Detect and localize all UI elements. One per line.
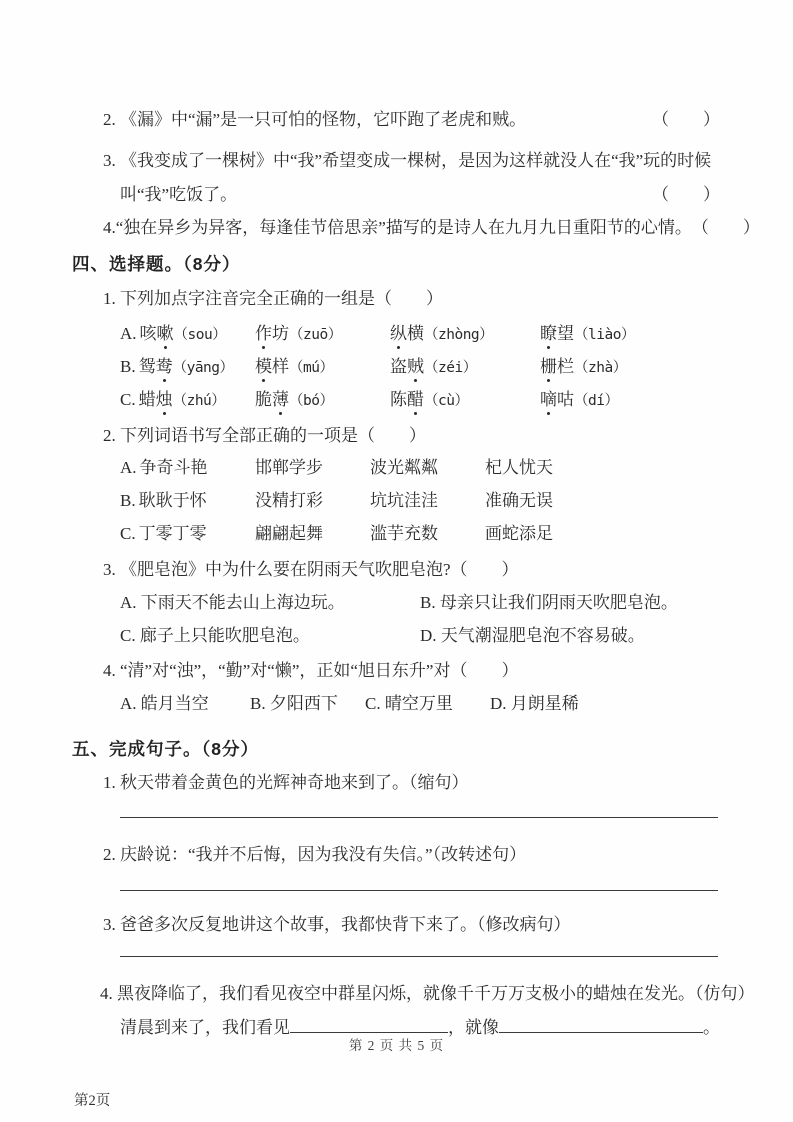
q3-options-row2: C. 廊子上只能吹肥皂泡。D. 天气潮湿肥皂泡不容易破。 [120, 624, 645, 647]
option-label: A. [120, 324, 137, 343]
item-text: 《我变成了一棵树》中“我”希望变成一棵树，是因为这样就没人在“我”玩的时候 [120, 151, 711, 170]
page-footer-corner: 第2页 [74, 1090, 110, 1113]
pinyin-item: 瞭望（liào） [540, 322, 635, 347]
word: 耿耿于怀 [139, 491, 207, 510]
pinyin-item: 嘀咕（dí） [540, 388, 618, 413]
word: 争奇斗艳 [140, 458, 208, 477]
item-text: 《漏》中“漏”是一只可怕的怪物，它吓跑了老虎和贼。 [120, 110, 526, 129]
section5-title: 五、完成句子。（8分） [72, 738, 259, 761]
pinyin: （zhòng） [424, 327, 493, 343]
pinyin: （zéi） [424, 360, 477, 376]
item-text: 叫“我”吃饭了。 [120, 183, 237, 206]
words-row-a: A.争奇斗艳邯郸学步波光粼粼杞人忧天 [120, 456, 553, 479]
s5-q3: 3. 爸爸多次反复地讲这个故事，我都快背下来了。（修改病句） [103, 913, 571, 936]
word-dotted: 嗽 [157, 322, 174, 345]
word-dotted: 纵 [390, 322, 407, 345]
pinyin-row-a: A.咳嗽（sou）作坊（zuō）纵横（zhòng）瞭望（liào） [120, 322, 635, 347]
q3-options-row1: A. 下雨天不能去山上海边玩。B. 母亲只让我们阴雨天吹肥皂泡。 [120, 591, 678, 614]
pinyin-item: 脆薄（bó） [255, 388, 390, 413]
pinyin: （cù） [424, 393, 468, 409]
q4-stem: 4. “清”对“浊”，“勤”对“懒”，正如“旭日东升”对（ ） [103, 659, 518, 682]
words-row-c: C.丁零丁零翩翩起舞滥芋充数画蛇添足 [120, 522, 553, 545]
pinyin-item: 作坊（zuō） [255, 322, 390, 347]
item-text: “独在异乡为异客，每逢佳节倍思亲”描写的是诗人在九月九日重阳节的心情。 [116, 218, 692, 237]
page-footer-center: 第 2 页 共 5 页 [0, 1034, 793, 1057]
word-dotted: 作 [255, 322, 272, 345]
option-d: D. 月朗星稀 [490, 692, 579, 715]
pinyin: （zuō） [289, 327, 342, 343]
word-item: 邯郸学步 [255, 456, 370, 479]
word-post: 栏 [557, 357, 574, 376]
word-pre: 脆 [255, 390, 272, 409]
q3-stem: 3. 《肥皂泡》中为什么要在阴雨天气吹肥皂泡?（ ） [103, 558, 519, 581]
option-label: B. [120, 357, 136, 376]
q1-stem: 1. 下列加点字注音完全正确的一组是（ ） [103, 287, 443, 310]
answer-paren: （ ） [652, 183, 720, 206]
item-number: 4. [103, 218, 116, 237]
word-post: 样 [272, 357, 289, 376]
pinyin: （liào） [574, 327, 635, 343]
word-item: 画蛇添足 [485, 522, 553, 545]
pinyin: （mú） [289, 360, 333, 376]
pinyin: （yāng） [173, 360, 234, 376]
answer-line [120, 956, 718, 957]
tf-item-4: 4.“独在异乡为异客，每逢佳节倍思亲”描写的是诗人在九月九日重阳节的心情。 （ … [103, 216, 721, 239]
word-post: 望 [557, 324, 574, 343]
item-number: 2. [103, 110, 116, 129]
word-dotted: 醋 [407, 388, 424, 411]
s5-q2: 2. 庆龄说：“我并不后悔，因为我没有失信。”（改转述句） [103, 843, 526, 866]
pinyin-row-b: B.鸳鸯（yāng）模样（mú）盗贼（zéi）栅栏（zhà） [120, 355, 627, 380]
pinyin-item: A.咳嗽（sou） [120, 322, 255, 347]
word-item: A.争奇斗艳 [120, 456, 255, 479]
word-post: 咕 [557, 390, 574, 409]
word-dotted: 嘀 [540, 388, 557, 411]
word-item: 杞人忧天 [485, 456, 553, 479]
pinyin-item: 模样（mú） [255, 355, 390, 380]
option-d: D. 天气潮湿肥皂泡不容易破。 [420, 624, 645, 647]
option-label: C. [120, 390, 136, 409]
tf-item-3-line1: 3. 《我变成了一棵树》中“我”希望变成一棵树，是因为这样就没人在“我”玩的时候 [103, 149, 711, 172]
pinyin: （zhà） [574, 360, 627, 376]
word-dotted: 烛 [156, 388, 173, 411]
word-dotted: 栅 [540, 355, 557, 378]
word-item: 滥芋充数 [370, 522, 485, 545]
pinyin-item: B.鸳鸯（yāng） [120, 355, 255, 380]
word-pre: 鸳 [139, 357, 156, 376]
option-label: A. [120, 458, 137, 477]
word-dotted: 贼 [407, 355, 424, 378]
word-item: 坑坑洼洼 [370, 489, 485, 512]
answer-line [120, 817, 718, 818]
pinyin: （dí） [574, 393, 618, 409]
word-post: 坊 [272, 324, 289, 343]
word-pre: 咳 [140, 324, 157, 343]
pinyin: （bó） [289, 393, 333, 409]
pinyin-item: 纵横（zhòng） [390, 322, 540, 347]
option-c: C. 晴空万里 [365, 692, 490, 715]
option-label: C. [120, 524, 136, 543]
word-item: 准确无误 [485, 489, 553, 512]
word-item: 翩翩起舞 [255, 522, 370, 545]
option-a: A. 皓月当空 [120, 692, 250, 715]
option-b: B. 母亲只让我们阴雨天吹肥皂泡。 [420, 591, 678, 614]
word-item: 波光粼粼 [370, 456, 485, 479]
option-label: B. [120, 491, 136, 510]
answer-paren: （ ） [652, 108, 720, 131]
s5-q1: 1. 秋天带着金黄色的光辉神奇地来到了。（缩句） [103, 771, 469, 794]
pinyin: （sou） [174, 327, 227, 343]
option-b: B. 夕阳西下 [250, 692, 365, 715]
word-dotted: 薄 [272, 388, 289, 411]
word-item: B.耿耿于怀 [120, 489, 255, 512]
word-pre: 蜡 [139, 390, 156, 409]
word: 丁零丁零 [139, 524, 207, 543]
pinyin-item: 陈醋（cù） [390, 388, 540, 413]
option-a: A. 下雨天不能去山上海边玩。 [120, 591, 420, 614]
tf-item-4-text: 4.“独在异乡为异客，每逢佳节倍思亲”描写的是诗人在九月九日重阳节的心情。 [103, 216, 692, 239]
word-pre: 陈 [390, 390, 407, 409]
word-item: 没精打彩 [255, 489, 370, 512]
word-pre: 盗 [390, 357, 407, 376]
pinyin: （zhú） [173, 393, 226, 409]
test-paper-page: 2. 《漏》中“漏”是一只可怕的怪物，它吓跑了老虎和贼。 （ ） 3. 《我变成… [0, 0, 793, 1122]
option-c: C. 廊子上只能吹肥皂泡。 [120, 624, 420, 647]
word-item: C.丁零丁零 [120, 522, 255, 545]
pinyin-item: 栅栏（zhà） [540, 355, 627, 380]
word-dotted: 瞭 [540, 322, 557, 345]
q2-stem: 2. 下列词语书写全部正确的一项是（ ） [103, 424, 426, 447]
word-dotted: 模 [255, 355, 272, 378]
tf-item-3-line2: 叫“我”吃饭了。 （ ） [120, 183, 720, 206]
fill-blank-2 [499, 1014, 703, 1033]
words-row-b: B.耿耿于怀没精打彩坑坑洼洼准确无误 [120, 489, 553, 512]
pinyin-row-c: C.蜡烛（zhú）脆薄（bó）陈醋（cù）嘀咕（dí） [120, 388, 618, 413]
fill-blank-1 [290, 1014, 448, 1033]
word-post: 横 [407, 324, 424, 343]
pinyin-item: C.蜡烛（zhú） [120, 388, 255, 413]
word-dotted: 鸯 [156, 355, 173, 378]
answer-line [120, 890, 718, 891]
answer-paren: （ ） [692, 216, 760, 239]
item-number: 3. [103, 151, 116, 170]
pinyin-item: 盗贼（zéi） [390, 355, 540, 380]
tf-item-2-text: 2. 《漏》中“漏”是一只可怕的怪物，它吓跑了老虎和贼。 [103, 108, 526, 131]
tf-item-2: 2. 《漏》中“漏”是一只可怕的怪物，它吓跑了老虎和贼。 （ ） [103, 108, 720, 131]
s5-q4: 4. 黑夜降临了，我们看见夜空中群星闪烁，就像千千万万支极小的蜡烛在发光。（仿句… [100, 982, 755, 1005]
q4-options-row: A. 皓月当空B. 夕阳西下C. 晴空万里D. 月朗星稀 [120, 692, 579, 715]
section4-title: 四、选择题。（8分） [72, 253, 240, 276]
